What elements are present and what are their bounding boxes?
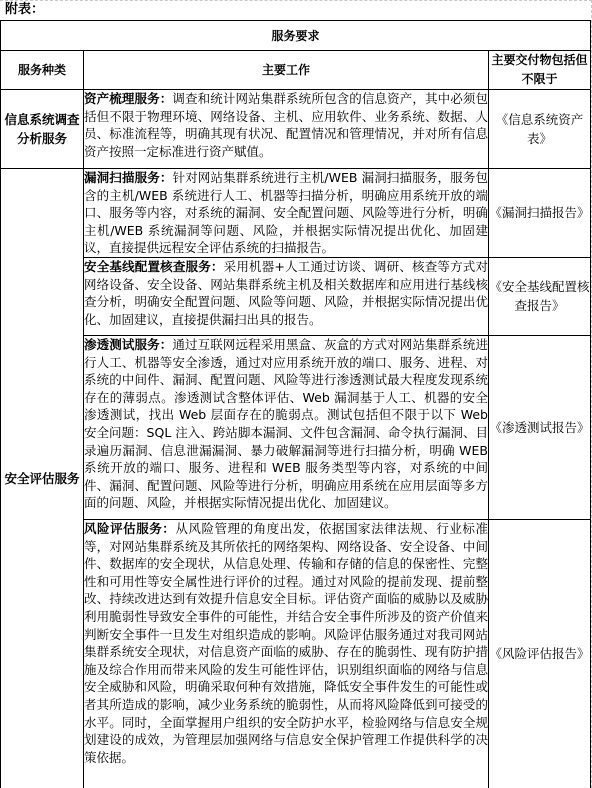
category-cell: 信息系统调查分析服务 (1, 90, 84, 169)
category-cell: 安全评估服务 (1, 169, 84, 788)
work-cell: 安全基线配置核查服务：采用机器+人工通过访谈、调研、核查等方式对网络设备、安全设… (84, 257, 489, 335)
work-cell: 资产梳理服务：调查和统计网站集群系统所包含的信息资产，其中必须包括但不限于物理环… (84, 90, 489, 169)
item-title: 安全基线配置核查服务： (84, 259, 224, 274)
work-cell: 渗透测试服务：通过互联网远程采用黑盒、灰盒的方式对网站集群系统进行人工、机器等安… (84, 335, 489, 519)
item-title: 风险评估服务： (84, 521, 175, 536)
table-row: 渗透测试服务：通过互联网远程采用黑盒、灰盒的方式对网站集群系统进行人工、机器等安… (1, 335, 591, 519)
item-title: 资产梳理服务： (84, 91, 172, 106)
table-row: 安全评估服务 漏洞扫描服务：针对网站集群系统进行主机/WEB 漏洞扫描服务，服务… (1, 169, 591, 258)
work-cell: 风险评估服务：从风险管理的角度出发，依据国家法律法规、行业标准等，对网站集群系统… (84, 519, 489, 788)
work-cell: 漏洞扫描服务：针对网站集群系统进行主机/WEB 漏洞扫描服务，服务包含的主机/W… (84, 169, 489, 258)
header-category: 服务种类 (1, 51, 84, 90)
header-deliverables: 主要交付物包括但不限于 (489, 51, 591, 90)
table-row: 安全基线配置核查服务：采用机器+人工通过访谈、调研、核查等方式对网络设备、安全设… (1, 257, 591, 335)
header-main-work: 主要工作 (84, 51, 489, 90)
table-row: 风险评估服务：从风险管理的角度出发，依据国家法律法规、行业标准等，对网站集群系统… (1, 519, 591, 788)
deliverable-cell: 《信息系统资产表》 (489, 90, 591, 169)
appendix-title: 附表： (5, 2, 44, 18)
item-title: 渗透测试服务： (84, 337, 172, 352)
item-text: 通过互联网远程采用黑盒、灰盒的方式对网站集群系统进行人工、机器等安全渗透，通过对… (84, 337, 488, 510)
table-title: 服务要求 (1, 21, 591, 51)
item-text: 从风险管理的角度出发，依据国家法律法规、行业标准等，对网站集群系统及其所依托的网… (84, 521, 488, 765)
service-requirements-table: 服务要求 服务种类 主要工作 主要交付物包括但不限于 信息系统调查分析服务 资产… (0, 20, 591, 788)
item-title: 漏洞扫描服务： (84, 170, 173, 185)
deliverable-cell: 《安全基线配置核查报告》 (489, 257, 591, 335)
table-row: 信息系统调查分析服务 资产梳理服务：调查和统计网站集群系统所包含的信息资产，其中… (1, 90, 591, 169)
deliverable-cell: 《风险评估报告》 (489, 519, 591, 788)
deliverable-cell: 《渗透测试报告》 (489, 335, 591, 519)
deliverable-cell: 《漏洞扫描报告》 (489, 169, 591, 258)
